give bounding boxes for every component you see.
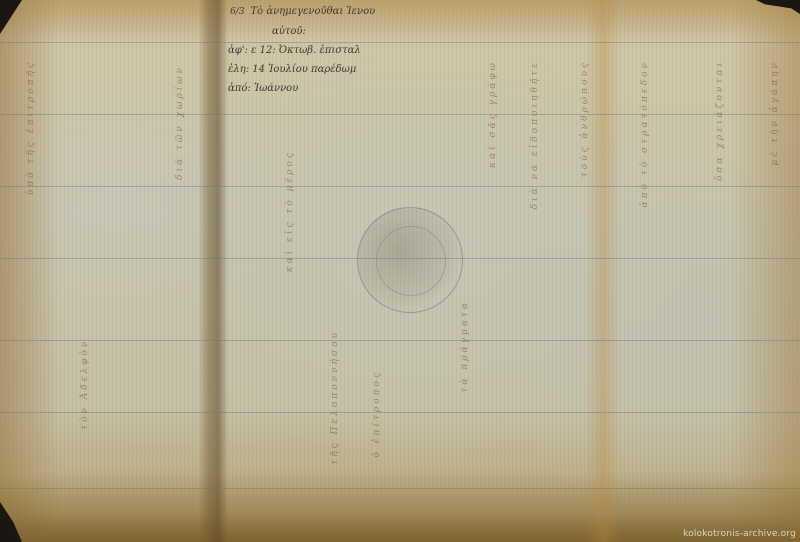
bottom-edge-stain	[0, 472, 800, 542]
handwriting-column: μὲ τὴν ἀγάπην	[770, 60, 780, 166]
handwriting-column: ἀπὸ τὸ στρατόπεδον	[640, 60, 650, 207]
handwriting-column: διὰ τῶν χωρίων	[175, 65, 185, 180]
archival-header-note: 6/3Τὸ ἀνημεγενοῦθαι Ἰενου αὐτοῦ: ἀφ': ε …	[228, 2, 448, 98]
ruled-line	[0, 488, 800, 489]
fold-stain-right	[585, 0, 621, 542]
header-line-3: ἀφ': ε 12: Ὀκτωβ. ἐπισταλ	[228, 41, 448, 60]
handwriting-column: διὰ νὰ εἰδοποιηθῆτε	[530, 60, 540, 209]
archive-watermark: kolokotronis-archive.org	[683, 529, 796, 539]
manuscript-page: 6/3Τὸ ἀνημεγενοῦθαι Ἰενου αὐτοῦ: ἀφ': ε …	[0, 0, 800, 542]
handwriting-column: τῆς Πελοποννήσου	[330, 330, 340, 465]
header-line-1: Τὸ ἀνημεγενοῦθαι Ἰενου	[250, 6, 375, 17]
header-line-4: ἐλη: 14 Ἰουλίου παρέδωμ	[228, 60, 448, 79]
ruled-line	[0, 186, 800, 187]
handwriting-column: καὶ σᾶς γράφω	[488, 60, 498, 168]
handwriting-column: τὰ πράγματα	[460, 300, 470, 393]
torn-corner-top-left	[0, 0, 22, 34]
reference-number: 6/3	[230, 7, 244, 17]
circular-seal-stamp	[357, 207, 463, 313]
handwriting-column: ὑπὸ τῆς ἐπιτροπῆς	[26, 60, 36, 195]
right-edge-stain	[730, 0, 800, 542]
header-line-2: αὐτοῦ:	[272, 22, 448, 41]
header-line-5: ἀπό: Ἰωάννου	[228, 79, 448, 98]
ruled-line	[0, 114, 800, 115]
ruled-line	[0, 412, 800, 413]
handwriting-column: τὸν Ἀδελφὸν	[80, 70, 90, 430]
seal-inner-ring	[376, 226, 446, 296]
handwriting-column: ὅσα χρειάζονται	[715, 60, 725, 181]
handwriting-column: ὁ ἐπίτροπος	[372, 370, 382, 458]
handwriting-column: τοὺς ἀνθρώπους	[580, 60, 590, 177]
ruled-line	[0, 340, 800, 341]
handwriting-column: καὶ εἰς τὸ μέρος	[285, 150, 295, 272]
fold-stain-left	[198, 0, 228, 542]
